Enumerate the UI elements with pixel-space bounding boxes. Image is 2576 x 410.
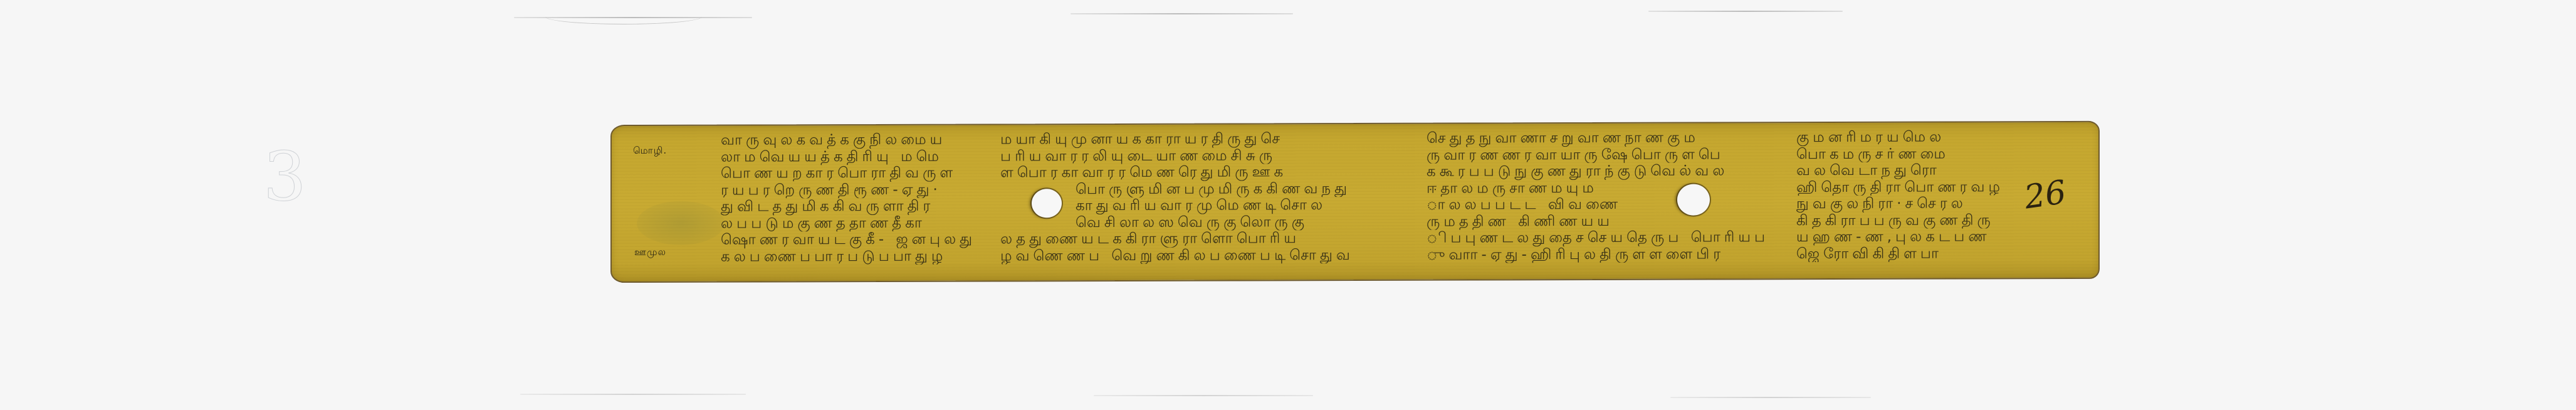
text-line: வெசிலாலஸவெருகுலொருகு [1000,213,1427,231]
text-line: ருவாரணணரவாயாருஷேபொருளபெ [1427,146,1828,164]
text-line: பரியவாரரலியுடையாணமைசிசுரு [1000,147,1427,164]
text-line: ழவணெணப வெறுணகிலபணைபடிசொதுவ [1000,246,1427,264]
text-line: பொருளுமினபமுமிருககிணவநது [1000,180,1427,197]
text-line: கலபணைபபாரபடுபபாதுழ [721,248,997,265]
text-line: ஈதாலமருசாணமயும [1427,179,1828,197]
text-line: நுவகுலநிரா·சசெரல [1796,195,2022,212]
text-line: லததுணையடககிராளுராளொபொரிய [1000,230,1427,248]
binding-hole-right [1677,184,1710,216]
text-line: ககூரபபடுநுகுணதுராந்குடுவெல்வல [1427,162,1828,180]
pencil-guide-top-2 [1071,13,1293,14]
text-line: செதுதநுவாணாசறுவாணநாணகும [1427,129,1828,147]
text-column-right-a: செதுதநுவாணாசறுவாணநாணகும ருவாரணணரவாயாருஷே… [1427,129,1828,263]
pencil-guide-bottom-1 [520,394,746,395]
text-line: லாமவெயயத்கதிரியு மமெ [721,148,997,166]
text-line: ரயபரறெருணதிரூண-ஏது· [721,181,997,199]
text-column-middle: மயாகியுமுனாயககாராயரதிருதுசெ பரியவாரரலியு… [1000,130,1427,265]
text-line: பொணயறகாரபொராதிவருள [721,164,997,182]
text-column-right-b: குமனரிமரயமெல பொகமருசர்ணமை வலவெடாநதுரொ ஹி… [1796,129,2022,262]
text-line: ஜெரோவிகிதிளபா [1796,245,2022,262]
text-line: வாருவுலகவத்ககுநிலமைய [721,131,997,149]
text-line: ாலலபபடட விவணை [1427,196,1828,213]
text-line: ருமததிண கிணிணயய [1427,213,1828,230]
binding-hole-left [1032,189,1062,218]
text-line: ஹிதொருதிராபொணரவழ [1796,179,2022,196]
margin-note-lower: ஊமுல [634,246,666,259]
text-line: பொகமருசர்ணமை [1796,145,2022,162]
folio-pencil-number: 3 [263,143,301,212]
text-line: வலவெடாநதுரொ [1796,162,2022,179]
text-line: யஹண-ண,புலகடபண [1796,228,2022,245]
text-line: துவிடததுமிககிவருளாதிர [721,197,997,215]
text-column-left: வாருவுலகவத்ககுநிலமைய லாமவெயயத்கதிரியு மம… [721,131,997,265]
text-line: லபபடுமகுணததாணதீகா [721,214,997,232]
pencil-guide-top-3 [1648,11,1843,12]
text-line: குமனரிமரயமெல [1796,129,2022,145]
text-line: ிபபுணடலதுதைசசெயதெருப பொரியப [1427,229,1828,246]
leaf-stain [637,201,725,245]
text-line: மயாகியுமுனாயககாராயரதிருதுசெ [1000,130,1427,148]
leaf-page-number: 26 [2022,174,2068,217]
pencil-guide-bottom-2 [1094,395,1313,396]
text-line: ளபொரகாவாரரமெணரெதுமிருஊக [1000,164,1427,181]
text-line: கிதகிராபபருவகுணதிரு [1796,212,2022,229]
margin-note-upper: மொழி. [633,145,667,157]
pencil-curve-top [545,9,702,24]
text-line: காதுவரியவாரமுமெணடிசொல [1000,197,1427,214]
text-line: ஷொணரவாயடகுகீ- ஜனபுலது [721,231,997,248]
pencil-guide-bottom-3 [1670,397,1871,398]
palm-leaf-manuscript: மொழி. ஊமுல வாருவுலகவத்ககுநிலமைய லாமவெயயத… [610,121,2100,283]
text-line: ுவாா-ஏது-ஹிரிபுலதிருளளளைபிர [1427,246,1828,263]
